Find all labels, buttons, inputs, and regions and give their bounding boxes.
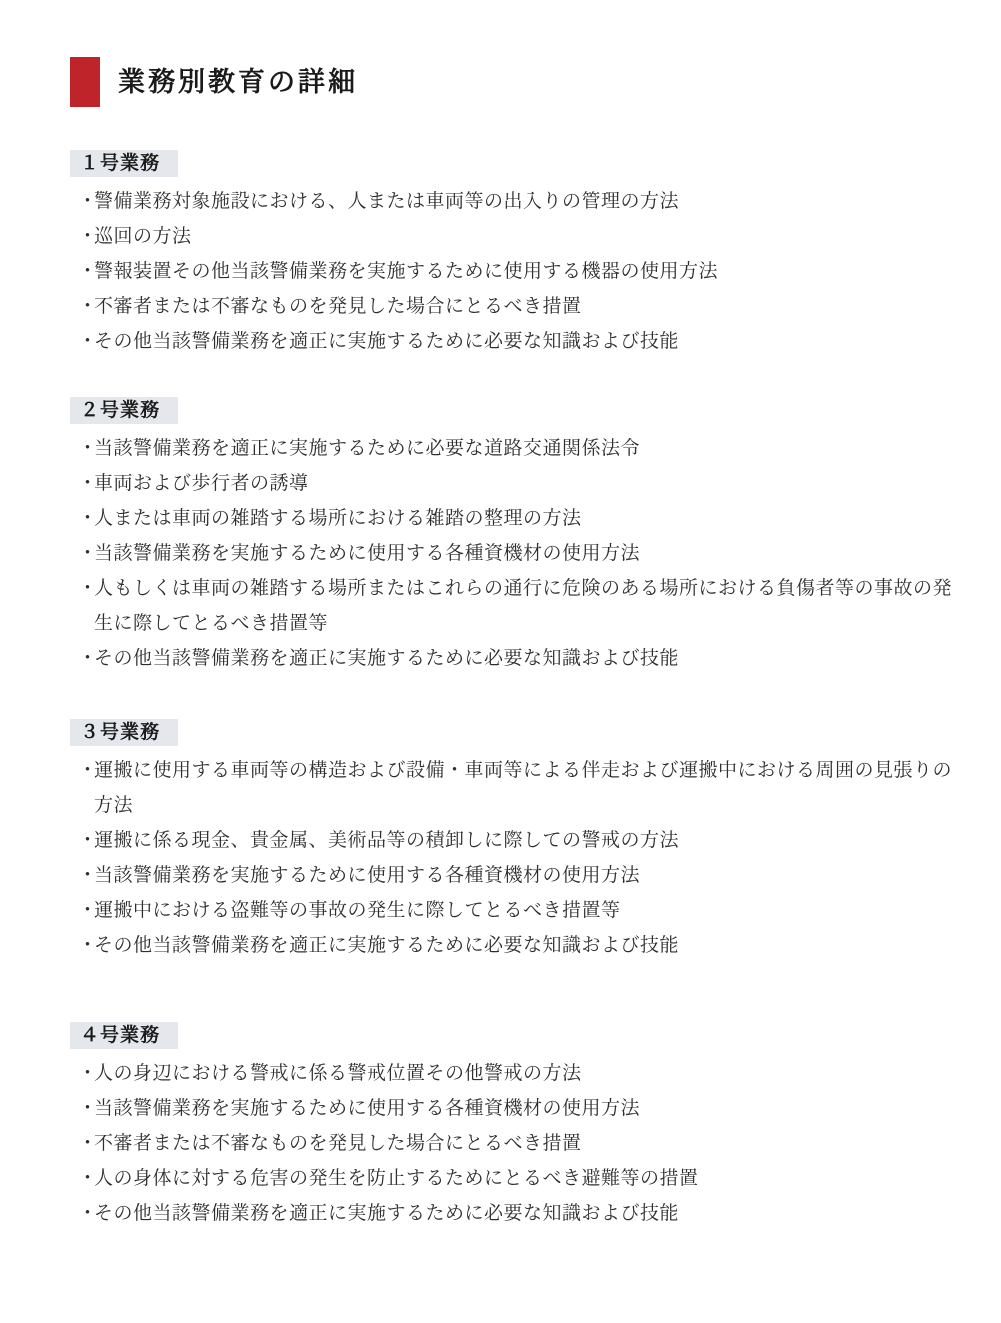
list-item-text: 警備業務対象施設における、人または車両等の出入りの管理の方法 <box>94 184 965 219</box>
section-2-list: ・ 当該警備業務を適正に実施するために必要な道路交通関係法令 ・ 車両および歩行… <box>78 431 965 676</box>
list-item: ・ 当該警備業務を適正に実施するために必要な道路交通関係法令 <box>78 431 965 466</box>
list-item: ・ 運搬中における盗難等の事故の発生に際してとるべき措置等 <box>78 893 965 928</box>
bullet-marker: ・ <box>78 184 94 219</box>
list-item-text: その他当該警備業務を適正に実施するために必要な知識および技能 <box>94 641 965 676</box>
list-item-text: 人の身辺における警戒に係る警戒位置その他警戒の方法 <box>94 1056 965 1091</box>
page-title: 業務別教育の詳細 <box>118 57 358 107</box>
bullet-marker: ・ <box>78 1126 94 1161</box>
list-item-text: その他当該警備業務を適正に実施するために必要な知識および技能 <box>94 1196 965 1231</box>
section-2-header: ２号業務 <box>70 397 178 424</box>
list-item-text: その他当該警備業務を適正に実施するために必要な知識および技能 <box>94 928 965 963</box>
bullet-marker: ・ <box>78 289 94 324</box>
bullet-marker: ・ <box>78 1091 94 1126</box>
list-item: ・ 人または車両の雑踏する場所における雑踏の整理の方法 <box>78 501 965 536</box>
list-item: ・ 車両および歩行者の誘導 <box>78 466 965 501</box>
bullet-marker: ・ <box>78 753 94 788</box>
list-item: ・ 運搬に使用する車両等の構造および設備・車両等による伴走および運搬中における周… <box>78 753 965 823</box>
page-header: 業務別教育の詳細 <box>70 57 965 107</box>
list-item: ・ その他当該警備業務を適正に実施するために必要な知識および技能 <box>78 1196 965 1231</box>
list-item-text: 不審者または不審なものを発見した場合にとるべき措置 <box>94 1126 965 1161</box>
section-1-header: １号業務 <box>70 150 178 177</box>
section-4-header: ４号業務 <box>70 1022 178 1049</box>
section-gyomu-2: ２号業務 ・ 当該警備業務を適正に実施するために必要な道路交通関係法令 ・ 車両… <box>70 397 965 676</box>
bullet-marker: ・ <box>78 1196 94 1231</box>
section-gyomu-3: ３号業務 ・ 運搬に使用する車両等の構造および設備・車両等による伴走および運搬中… <box>70 719 965 963</box>
bullet-marker: ・ <box>78 466 94 501</box>
list-item-text: その他当該警備業務を適正に実施するために必要な知識および技能 <box>94 324 965 359</box>
list-item: ・ その他当該警備業務を適正に実施するために必要な知識および技能 <box>78 928 965 963</box>
list-item-text: 運搬に係る現金、貴金属、美術品等の積卸しに際しての警戒の方法 <box>94 823 965 858</box>
list-item-text: 警報装置その他当該警備業務を実施するために使用する機器の使用方法 <box>94 254 965 289</box>
list-item: ・ 人の身辺における警戒に係る警戒位置その他警戒の方法 <box>78 1056 965 1091</box>
document-page: 業務別教育の詳細 １号業務 ・ 警備業務対象施設における、人または車両等の出入り… <box>0 0 1001 1323</box>
section-1-list: ・ 警備業務対象施設における、人または車両等の出入りの管理の方法 ・ 巡回の方法… <box>78 184 965 359</box>
bullet-marker: ・ <box>78 254 94 289</box>
list-item: ・ 当該警備業務を実施するために使用する各種資機材の使用方法 <box>78 858 965 893</box>
section-4-list: ・ 人の身辺における警戒に係る警戒位置その他警戒の方法 ・ 当該警備業務を実施す… <box>78 1056 965 1231</box>
bullet-marker: ・ <box>78 431 94 466</box>
list-item: ・ 運搬に係る現金、貴金属、美術品等の積卸しに際しての警戒の方法 <box>78 823 965 858</box>
list-item-text: 運搬に使用する車両等の構造および設備・車両等による伴走および運搬中における周囲の… <box>94 753 965 823</box>
section-3-list: ・ 運搬に使用する車両等の構造および設備・車両等による伴走および運搬中における周… <box>78 753 965 963</box>
list-item-text: 不審者または不審なものを発見した場合にとるべき措置 <box>94 289 965 324</box>
list-item-text: 運搬中における盗難等の事故の発生に際してとるべき措置等 <box>94 893 965 928</box>
list-item: ・ その他当該警備業務を適正に実施するために必要な知識および技能 <box>78 641 965 676</box>
list-item-text: 当該警備業務を実施するために使用する各種資機材の使用方法 <box>94 536 965 571</box>
list-item: ・ 人もしくは車両の雑踏する場所またはこれらの通行に危険のある場所における負傷者… <box>78 571 965 641</box>
list-item: ・ 警備業務対象施設における、人または車両等の出入りの管理の方法 <box>78 184 965 219</box>
bullet-marker: ・ <box>78 571 94 606</box>
bullet-marker: ・ <box>78 641 94 676</box>
bullet-marker: ・ <box>78 928 94 963</box>
list-item-text: 人もしくは車両の雑踏する場所またはこれらの通行に危険のある場所における負傷者等の… <box>94 571 965 641</box>
list-item: ・ 当該警備業務を実施するために使用する各種資機材の使用方法 <box>78 1091 965 1126</box>
title-accent-bar <box>70 57 100 107</box>
list-item-text: 車両および歩行者の誘導 <box>94 466 965 501</box>
bullet-marker: ・ <box>78 219 94 254</box>
list-item: ・ 不審者または不審なものを発見した場合にとるべき措置 <box>78 1126 965 1161</box>
bullet-marker: ・ <box>78 1161 94 1196</box>
bullet-marker: ・ <box>78 501 94 536</box>
section-3-header: ３号業務 <box>70 719 178 746</box>
bullet-marker: ・ <box>78 536 94 571</box>
list-item-text: 当該警備業務を実施するために使用する各種資機材の使用方法 <box>94 1091 965 1126</box>
list-item: ・ 巡回の方法 <box>78 219 965 254</box>
bullet-marker: ・ <box>78 893 94 928</box>
bullet-marker: ・ <box>78 1056 94 1091</box>
list-item-text: 人または車両の雑踏する場所における雑踏の整理の方法 <box>94 501 965 536</box>
list-item: ・ その他当該警備業務を適正に実施するために必要な知識および技能 <box>78 324 965 359</box>
list-item: ・ 当該警備業務を実施するために使用する各種資機材の使用方法 <box>78 536 965 571</box>
list-item-text: 人の身体に対する危害の発生を防止するためにとるべき避難等の措置 <box>94 1161 965 1196</box>
list-item-text: 当該警備業務を実施するために使用する各種資機材の使用方法 <box>94 858 965 893</box>
bullet-marker: ・ <box>78 823 94 858</box>
list-item: ・ 人の身体に対する危害の発生を防止するためにとるべき避難等の措置 <box>78 1161 965 1196</box>
bullet-marker: ・ <box>78 858 94 893</box>
bullet-marker: ・ <box>78 324 94 359</box>
list-item-text: 巡回の方法 <box>94 219 965 254</box>
list-item: ・ 不審者または不審なものを発見した場合にとるべき措置 <box>78 289 965 324</box>
section-gyomu-1: １号業務 ・ 警備業務対象施設における、人または車両等の出入りの管理の方法 ・ … <box>70 150 965 359</box>
list-item-text: 当該警備業務を適正に実施するために必要な道路交通関係法令 <box>94 431 965 466</box>
section-gyomu-4: ４号業務 ・ 人の身辺における警戒に係る警戒位置その他警戒の方法 ・ 当該警備業… <box>70 1022 965 1231</box>
list-item: ・ 警報装置その他当該警備業務を実施するために使用する機器の使用方法 <box>78 254 965 289</box>
